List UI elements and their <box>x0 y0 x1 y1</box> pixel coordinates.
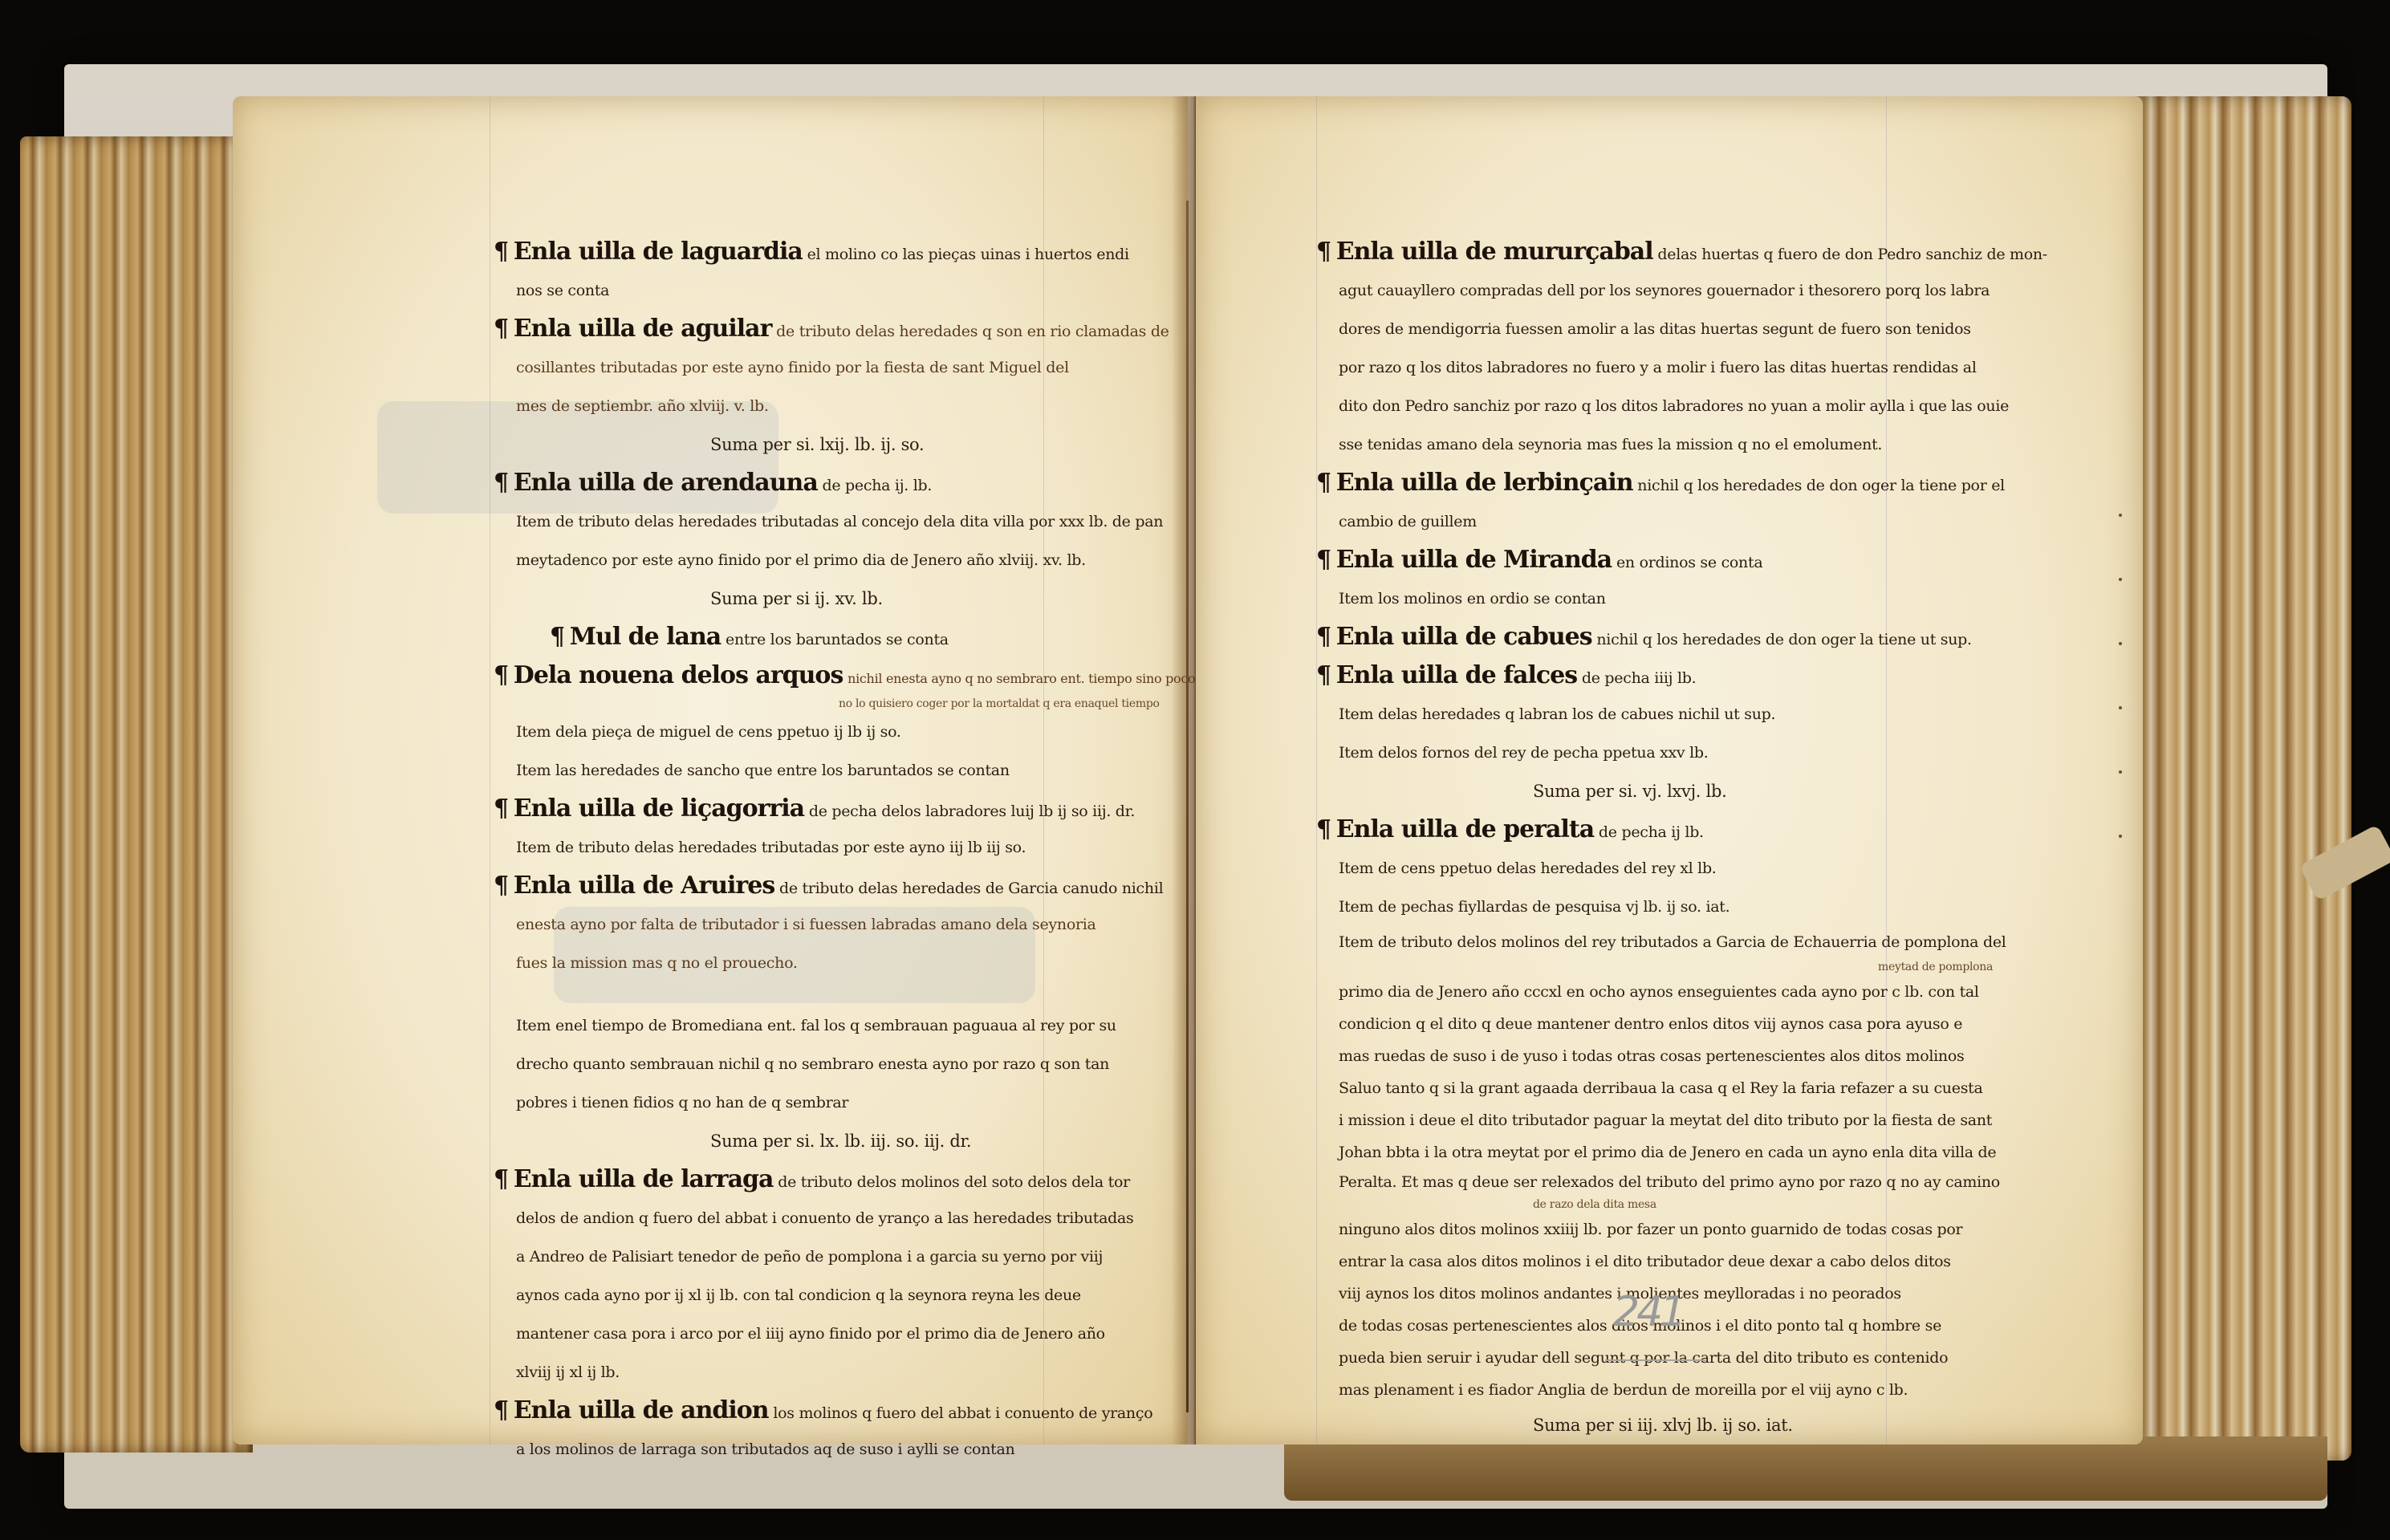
entry-laguardia: ¶Enla uilla de laguardia el molino co la… <box>494 233 1184 310</box>
binding-thread <box>1186 201 1189 1412</box>
left-page-text: ¶Enla uilla de laguardia el molino co la… <box>494 233 1184 1469</box>
pricking-hole <box>2119 706 2122 709</box>
folio-underline <box>1605 1359 1705 1361</box>
sum-line: Suma per si iij. xlvj lb. ij so. iat. <box>1316 1406 2038 1445</box>
paragraph-mark-icon: ¶ <box>494 661 509 689</box>
sum-line: Suma per si. lxij. lb. ij. so. <box>494 425 1184 464</box>
paragraph-mark-icon: ¶ <box>1316 469 1331 497</box>
entry-cabues: ¶Enla uilla de cabues nichil q los hered… <box>1316 618 2038 656</box>
entry-falces: ¶Enla uilla de falces de pecha iiij lb. … <box>1316 656 2038 772</box>
entry-miranda: ¶Enla uilla de Miranda en ordinos se con… <box>1316 541 2038 618</box>
entry-nouena-arquos: ¶Dela nouena delos arquos nichil enesta … <box>494 656 1184 790</box>
paragraph-mark-icon: ¶ <box>550 623 565 651</box>
left-leaf-stack <box>20 136 253 1453</box>
sum-line: Suma per si. vj. lxvj. lb. <box>1316 772 2038 811</box>
sum-line: Suma per si ij. xv. lb. <box>494 579 1184 618</box>
paragraph-mark-icon: ¶ <box>1316 815 1331 843</box>
ruling-line <box>490 96 490 1445</box>
entry-mul-de-lana: ¶Mul de lana entre los baruntados se con… <box>494 618 1184 656</box>
left-page: ¶Enla uilla de laguardia el molino co la… <box>233 96 1188 1445</box>
paragraph-mark-icon: ¶ <box>494 315 509 343</box>
paragraph-mark-icon: ¶ <box>494 872 509 900</box>
entry-licagorria: ¶Enla uilla de liçagorria de pecha delos… <box>494 790 1184 867</box>
entry-arendauna: ¶Enla uilla de arendauna de pecha ij. lb… <box>494 464 1184 579</box>
pricking-hole <box>2119 642 2122 645</box>
entry-lerbincain: ¶Enla uilla de lerbinçain nichil q los h… <box>1316 464 2038 541</box>
paragraph-mark-icon: ¶ <box>494 1396 509 1424</box>
entry-mururcabal: ¶Enla uilla de mururçabal delas huertas … <box>1316 233 2038 464</box>
entry-andion: ¶Enla uilla de andion los molinos q fuer… <box>494 1392 1184 1469</box>
right-page: ¶Enla uilla de mururçabal delas huertas … <box>1196 96 2143 1445</box>
right-page-text: ¶Enla uilla de mururçabal delas huertas … <box>1316 233 2038 1445</box>
paragraph-mark-icon: ¶ <box>1316 546 1331 574</box>
pricking-hole <box>2119 514 2122 517</box>
entry-larraga: ¶Enla uilla de larraga de tributo delos … <box>494 1160 1184 1392</box>
paragraph-mark-icon: ¶ <box>494 794 509 823</box>
pricking-hole <box>2119 770 2122 774</box>
paragraph-mark-icon: ¶ <box>1316 238 1331 266</box>
paragraph-mark-icon: ¶ <box>1316 623 1331 651</box>
paragraph-mark-icon: ¶ <box>1316 661 1331 689</box>
bottom-leaf-edge <box>1284 1436 2327 1501</box>
entry-aguilar: ¶Enla uilla de aguilar de tributo delas … <box>494 310 1184 425</box>
sum-line: Suma per si. lx. lb. iij. so. iij. dr. <box>494 1122 1184 1160</box>
pricking-hole <box>2119 835 2122 838</box>
paragraph-mark-icon: ¶ <box>494 238 509 266</box>
right-leaf-stack <box>2135 96 2351 1461</box>
folio-number: 241 <box>1613 1288 1683 1336</box>
pricking-hole <box>2119 578 2122 581</box>
paragraph-mark-icon: ¶ <box>494 1165 509 1193</box>
paragraph-mark-icon: ¶ <box>494 469 509 497</box>
entry-aruires: ¶Enla uilla de Aruires de tributo delas … <box>494 867 1184 1122</box>
